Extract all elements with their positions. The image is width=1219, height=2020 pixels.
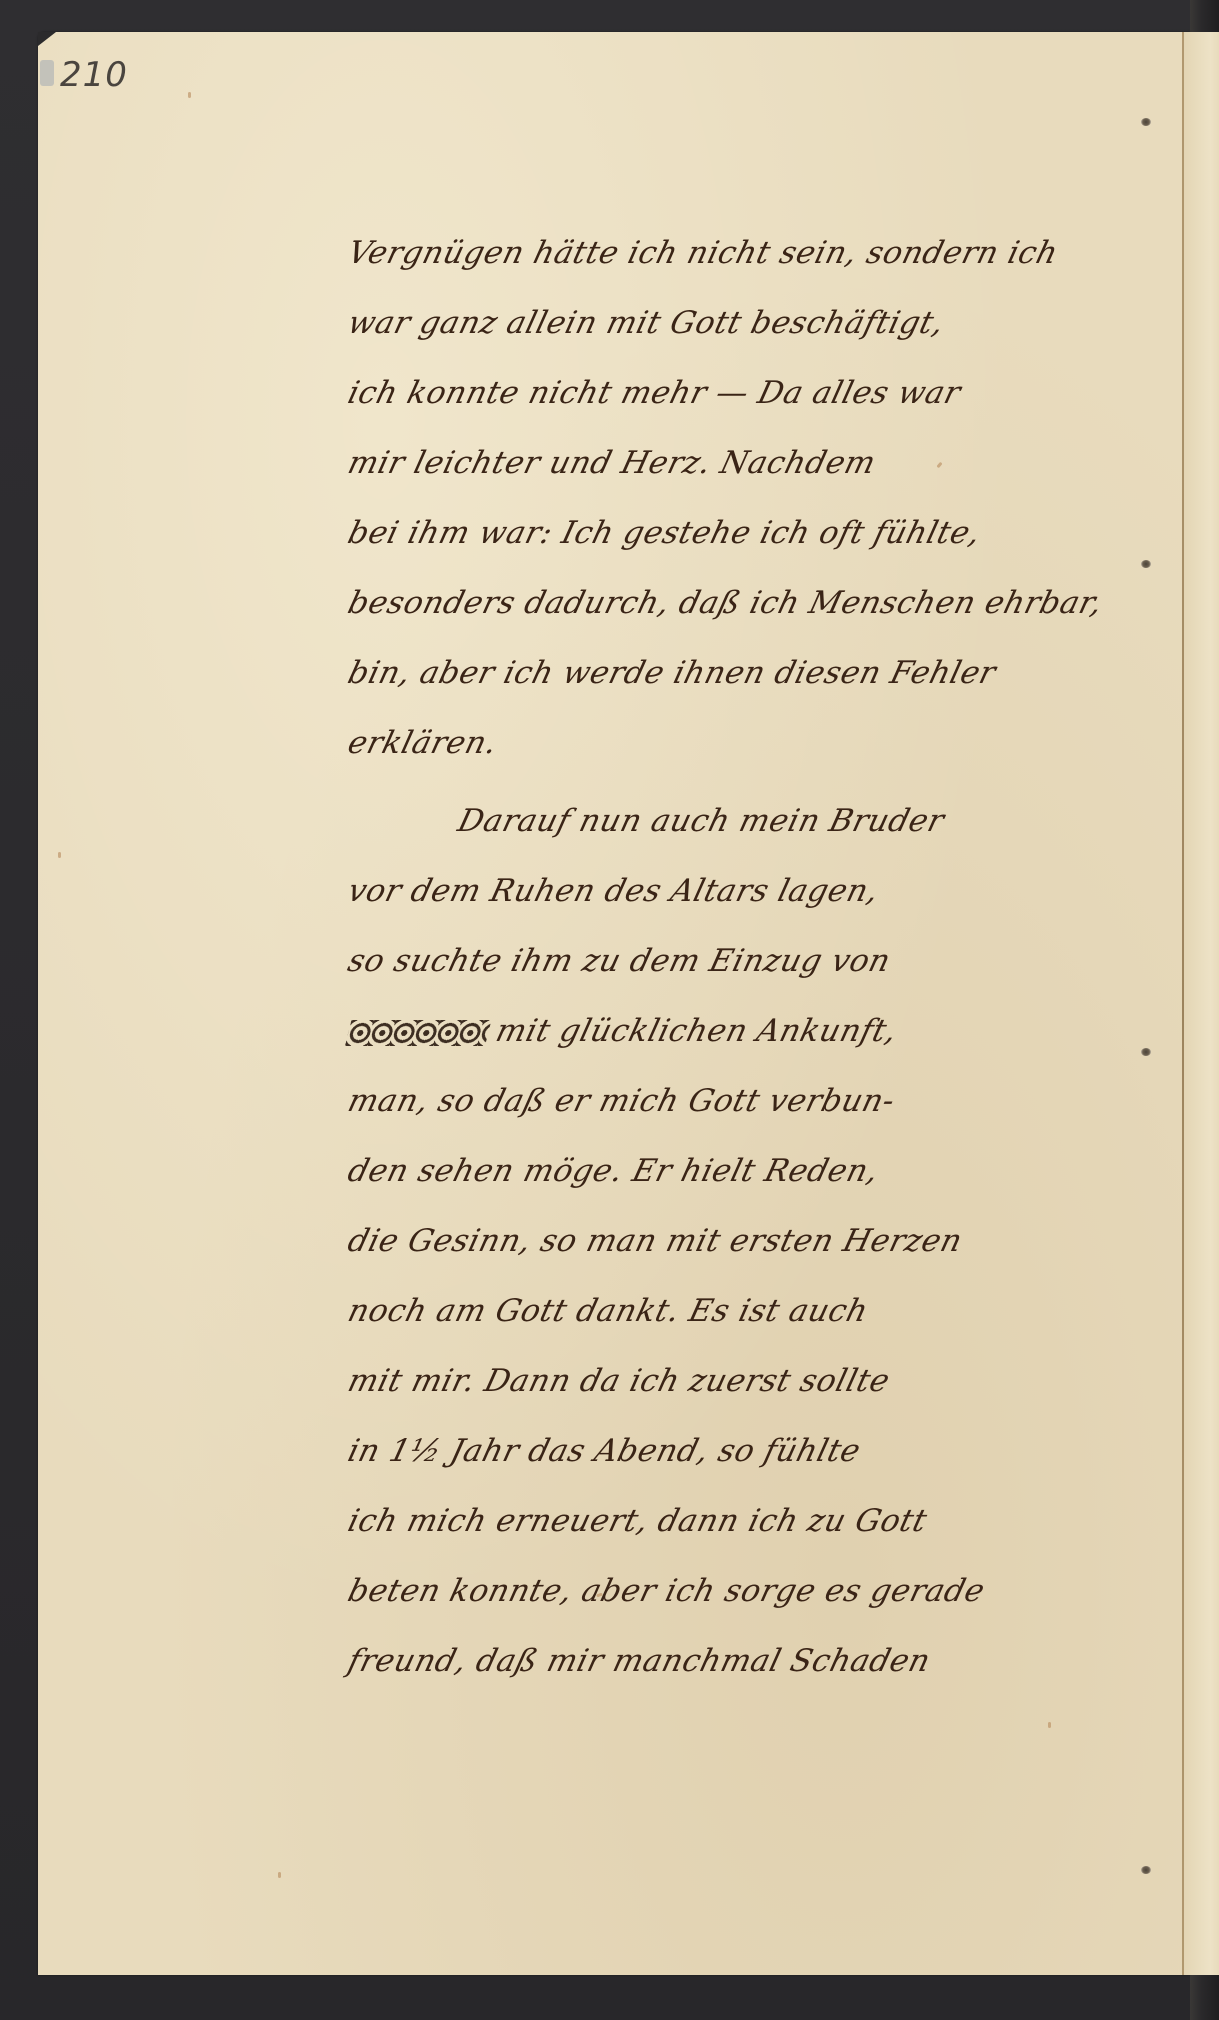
manuscript-line-paragraph-start: Darauf nun auch mein Bruder [340,786,1147,856]
folio-number: 210 [60,55,128,95]
manuscript-line: besonders dadurch, daß ich Menschen ehrb… [340,568,1147,638]
manuscript-text-block: Vergnügen hätte ich nicht sein, sondern … [340,218,1130,1696]
manuscript-line-with-strikethrough: mit glücklichen Ankunft, [340,996,1147,1066]
manuscript-line: noch am Gott dankt. Es ist auch [340,1276,1147,1346]
paper-speck [188,92,191,98]
binding-stitch [1141,1866,1151,1874]
manuscript-line: bin, aber ich werde ihnen diesen Fehler [340,638,1147,708]
manuscript-line: ich konnte nicht mehr — Da alles war [340,358,1147,428]
manuscript-line: erklären. [340,708,1147,778]
manuscript-line: den sehen möge. Er hielt Reden, [340,1136,1147,1206]
manuscript-line-remainder: mit glücklichen Ankunft, [492,1013,901,1049]
manuscript-line: so suchte ihm zu dem Einzug von [340,926,1147,996]
archive-stamp-mark [40,60,54,86]
manuscript-line: mit mir. Dann da ich zuerst sollte [340,1346,1147,1416]
manuscript-line: man, so daß er mich Gott verbun- [340,1066,1147,1136]
binding-stitch [1141,560,1151,568]
paper-speck [1048,1722,1051,1728]
manuscript-line: beten konnte, aber ich sorge es gerade [340,1556,1147,1626]
manuscript-line: bei ihm war: Ich gestehe ich oft fühlte, [340,498,1147,568]
manuscript-line: war ganz allein mit Gott beschäftigt, [340,288,1147,358]
manuscript-line: die Gesinn, so man mit ersten Herzen [340,1206,1147,1276]
adjacent-leaf-edge [1184,32,1219,1975]
manuscript-line: Vergnügen hätte ich nicht sein, sondern … [340,218,1147,288]
manuscript-line: vor dem Ruhen des Altars lagen, [340,856,1147,926]
paper-speck [278,1872,281,1878]
manuscript-line: in 1½ Jahr das Abend, so fühlte [340,1416,1147,1486]
paper-speck [58,852,61,858]
manuscript-line: ich mich erneuert, dann ich zu Gott [340,1486,1147,1556]
manuscript-line: freund, daß mir manchmal Schaden [340,1626,1147,1696]
struck-through-word [345,1020,491,1046]
binding-stitch [1141,1048,1151,1056]
binding-stitch [1141,118,1151,126]
manuscript-line: mir leichter und Herz. Nachdem [340,428,1147,498]
